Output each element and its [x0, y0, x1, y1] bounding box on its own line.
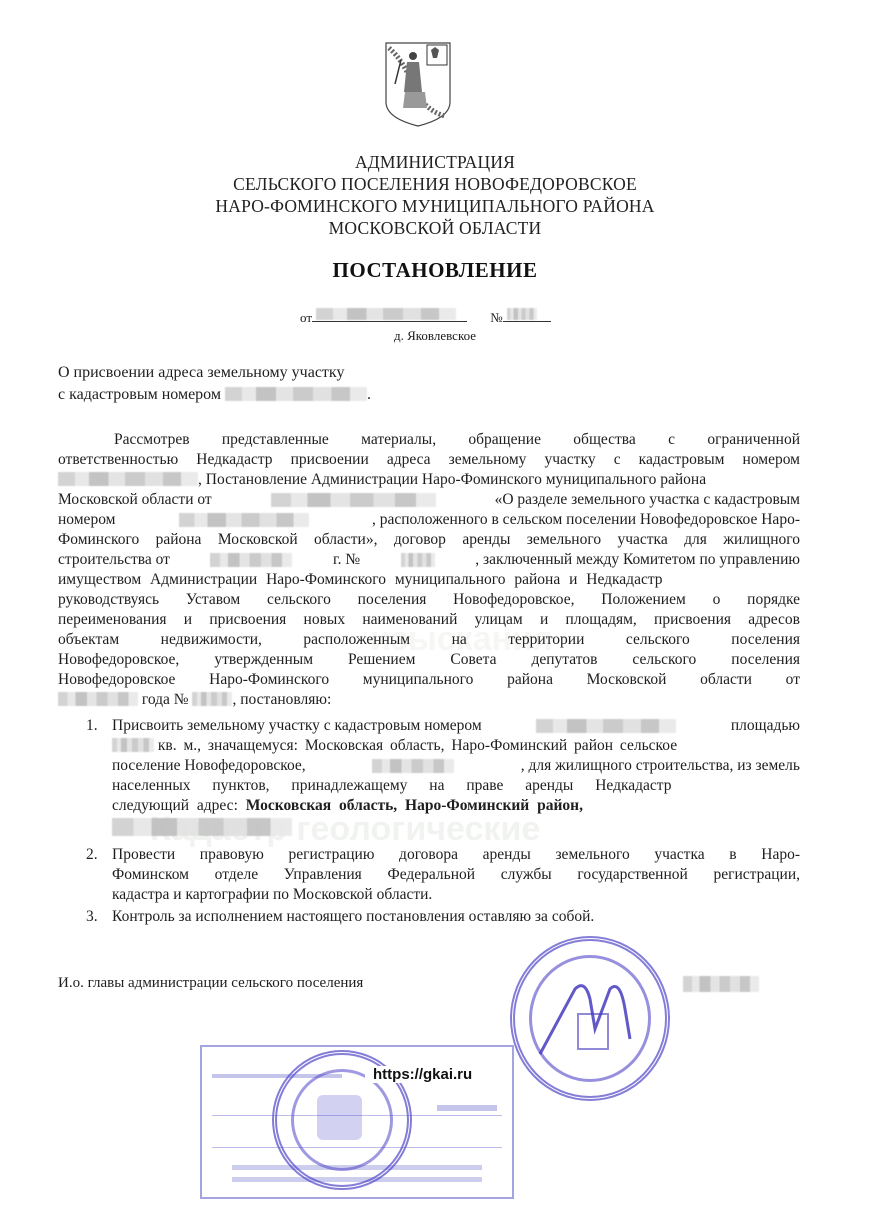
redacted-location: [372, 759, 454, 773]
body-text: , постановляю:: [232, 691, 331, 708]
body-line-4: Московской области от«О разделе земельно…: [58, 490, 800, 510]
item-1-line-1: Присвоить земельному участку с кадастров…: [112, 716, 800, 736]
item-2-line-1: Провести правовую регистрацию договора а…: [112, 845, 800, 865]
body-text: , расположенного в сельском поселении Но…: [372, 510, 800, 530]
body-line-13: Новофедоровское Наро-Фоминского муниципа…: [58, 670, 800, 690]
subject-line-1: О присвоении адреса земельному участку: [58, 363, 800, 383]
redacted-cadastral-number: [179, 513, 309, 527]
body-text: Рассмотрев представленные материалы, обр…: [114, 431, 800, 448]
body-text: «О разделе земельного участка с кадастро…: [495, 490, 800, 510]
body-text: строительства от: [58, 550, 170, 570]
number-field: [503, 321, 551, 322]
place-name: д. Яковлевское: [0, 328, 870, 344]
item-1-line-5: следующий адрес: Московская область, Нар…: [112, 796, 800, 816]
item-2-number: 2.: [86, 845, 98, 865]
body-text: года №: [142, 691, 189, 708]
header-line-1: АДМИНИСТРАЦИЯ: [0, 152, 870, 173]
body-text: Московской области от: [58, 490, 212, 510]
redacted-signatory-name: [683, 976, 759, 992]
subject-text: с кадастровым номером: [58, 386, 221, 403]
body-line-9: руководствуясь Уставом сельского поселен…: [58, 590, 800, 610]
item-3-number: 3.: [86, 907, 98, 927]
item-text: поселение Новофедоровское,: [112, 756, 306, 776]
item-1-number: 1.: [86, 716, 98, 736]
header-line-3: НАРО-ФОМИНСКОГО МУНИЦИПАЛЬНОГО РАЙОНА: [0, 196, 870, 217]
signature-scribble-icon: [530, 959, 650, 1079]
item-text: площадью: [731, 716, 800, 736]
body-text: номером: [58, 510, 115, 530]
item-1-line-6: [112, 818, 800, 840]
item-2-line-2: Фоминском отделе Управления Федеральной …: [112, 865, 800, 885]
redacted-area: [112, 738, 154, 752]
body-text: , Постановление Администрации Наро-Фомин…: [198, 471, 706, 488]
body-line-11: объектам недвижимости, расположенным на …: [58, 630, 800, 650]
number-prefix: №: [490, 310, 502, 325]
coat-of-arms-icon: [383, 40, 453, 130]
item-2-line-3: кадастра и картографии по Московской обл…: [112, 885, 800, 905]
round-seal-administration: [510, 936, 670, 1101]
body-line-3: , Постановление Администрации Наро-Фомин…: [58, 470, 800, 490]
item-1-line-2: кв. м., значащемуся: Московская область,…: [112, 736, 800, 756]
header-line-4: МОСКОВСКОЙ ОБЛАСТИ: [0, 218, 870, 239]
body-line-10: переименования и присвоения новых наимен…: [58, 610, 800, 630]
item-3-line-1: Контроль за исполнением настоящего поста…: [112, 907, 800, 927]
redacted-date: [210, 553, 292, 567]
item-1-line-3: поселение Новофедоровское,, для жилищног…: [112, 756, 800, 776]
body-text: ответственностью Недкадастр присвоении а…: [58, 451, 800, 468]
date-prefix: от: [300, 310, 312, 325]
body-line-5: номером, расположенного в сельском посел…: [58, 510, 800, 530]
body-text: , заключенный между Комитетом по управле…: [475, 550, 800, 570]
header-line-2: СЕЛЬСКОГО ПОСЕЛЕНИЯ НОВОФЕДОРОВСКОЕ: [0, 174, 870, 195]
subject-line-2: с кадастровым номером .: [58, 385, 800, 405]
body-line-2: ответственностью Недкадастр присвоении а…: [58, 450, 800, 470]
item-text: следующий адрес:: [112, 797, 238, 814]
subject-period: .: [367, 386, 371, 403]
date-field: [312, 321, 467, 322]
document-title: ПОСТАНОВЛЕНИЕ: [0, 258, 870, 283]
redacted-number: [192, 692, 232, 706]
redacted-date: [271, 493, 436, 507]
source-url-overlay[interactable]: https://gkai.ru: [365, 1066, 480, 1083]
date-number-line: от №: [300, 310, 551, 326]
redacted-number: [401, 553, 435, 567]
redacted-address: [112, 818, 292, 836]
body-line-6: Фоминского района Московской области», д…: [58, 530, 800, 550]
redacted-cadastral-number: [225, 387, 367, 401]
redacted-cadastral-number: [58, 472, 198, 486]
item-1-line-4: населенных пунктов, принадлежащему на пр…: [112, 776, 800, 796]
item-text: , для жилищного строительства, из земель: [521, 756, 800, 776]
body-line-12: Новофедоровское, утвержденным Решением С…: [58, 650, 800, 670]
redacted-date: [58, 692, 138, 706]
body-line-7: строительства отг. №, заключенный между …: [58, 550, 800, 570]
redacted-cadastral-number: [536, 719, 676, 733]
body-text: г. №: [333, 550, 360, 570]
assigned-address: Московская область, Наро-Фоминский район…: [246, 797, 583, 814]
body-line-1: Рассмотрев представленные материалы, обр…: [58, 430, 800, 450]
body-line-14: года № , постановляю:: [58, 690, 800, 710]
body-line-8: имуществом Администрации Наро-Фоминского…: [58, 570, 800, 590]
item-text: кв. м., значащемуся: Московская область,…: [158, 737, 677, 754]
redacted-number: [507, 308, 537, 320]
item-text: Присвоить земельному участку с кадастров…: [112, 716, 482, 736]
redacted-date: [316, 308, 456, 320]
